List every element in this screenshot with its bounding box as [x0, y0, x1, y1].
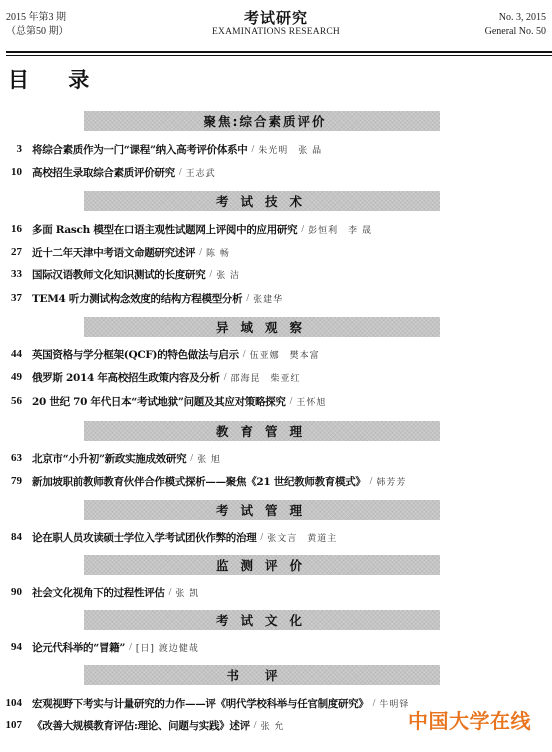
toc-entry[interactable]: 63 北京市“小升初”新政实施成效研究 / 张 旭 — [0, 450, 221, 466]
section-banner: 考试管理 — [84, 500, 440, 520]
separator: / — [199, 247, 202, 258]
section-banner: 监测评价 — [84, 555, 440, 575]
article-authors: 韩芳芳 — [376, 475, 406, 488]
article-title[interactable]: 宏观视野下考实与计量研究的力作——评《明代学校科举与任官制度研究》 — [32, 696, 369, 711]
toc-entry[interactable]: 104 宏观视野下考实与计量研究的力作——评《明代学校科举与任官制度研究》 / … — [0, 695, 409, 711]
section-banner: 书评 — [84, 665, 440, 685]
toc-entry[interactable]: 79 新加坡职前教师教育伙伴合作模式探析——聚焦《21 世纪教师教育模式》 / … — [0, 473, 406, 489]
article-authors: 张 凯 — [175, 586, 199, 599]
article-authors: 张建华 — [253, 292, 283, 305]
section-label: 书评 — [220, 666, 303, 684]
toc-entry[interactable]: 84 论在职人员攻读硕士学位入学考试团伙作弊的治理 / 张文言 黄道主 — [0, 529, 337, 545]
header-rule-thin — [6, 55, 552, 56]
toc-entry[interactable]: 37 TEM4 听力测试构念效度的结构方程模型分析 / 张建华 — [0, 290, 283, 306]
article-authors: 朱光明 张 晶 — [258, 143, 322, 156]
article-title[interactable]: 高校招生录取综合素质评价研究 — [32, 165, 175, 180]
article-title[interactable]: 社会文化视角下的过程性评估 — [32, 585, 165, 600]
article-authors: 彭恒利 李 晟 — [308, 223, 372, 236]
page-number: 94 — [0, 641, 22, 653]
page-number: 107 — [0, 719, 22, 731]
page-number: 37 — [0, 292, 22, 304]
article-title[interactable]: 近十二年天津中考语文命题研究述评 — [32, 245, 195, 260]
article-authors: 张 洁 — [216, 268, 240, 281]
page-number: 49 — [0, 371, 22, 383]
separator: / — [224, 372, 227, 383]
journal-subtitle: EXAMINATIONS RESEARCH — [0, 27, 552, 37]
section-label: 考试管理 — [210, 501, 314, 519]
toc-entry[interactable]: 107 《改善大规模教育评估:理论、问题与实践》述评 / 张 允 — [0, 717, 284, 733]
separator: / — [373, 698, 376, 709]
article-authors: 张文言 黄道主 — [267, 531, 337, 544]
page-number: 10 — [0, 166, 22, 178]
separator: / — [209, 269, 212, 280]
article-title[interactable]: 国际汉语教师文化知识测试的长度研究 — [32, 267, 205, 282]
article-title[interactable]: TEM4 听力测试构念效度的结构方程模型分析 — [32, 291, 242, 306]
separator: / — [243, 349, 246, 360]
page-number: 3 — [0, 143, 22, 155]
toc-entry[interactable]: 90 社会文化视角下的过程性评估 / 张 凯 — [0, 584, 199, 600]
section-label: 聚焦:综合素质评价 — [198, 112, 327, 130]
separator: / — [370, 476, 373, 487]
section-banner: 考试文化 — [84, 610, 440, 630]
article-title[interactable]: 将综合素质作为一门“课程”纳入高考评价体系中 — [32, 142, 247, 157]
page-number: 90 — [0, 586, 22, 598]
section-banner: 教育管理 — [84, 421, 440, 441]
article-title[interactable]: 俄罗斯 2014 年高校招生政策内容及分析 — [32, 370, 220, 385]
page-number: 56 — [0, 395, 22, 407]
article-authors: 伍亚娜 樊本富 — [250, 348, 320, 361]
separator: / — [129, 642, 132, 653]
article-title[interactable]: 英国资格与学分框架(QCF)的特色做法与启示 — [32, 347, 239, 362]
separator: / — [260, 532, 263, 543]
article-title[interactable]: 论元代科举的“冒籍” — [32, 640, 125, 655]
header-rule-thick — [6, 51, 552, 53]
section-label: 教育管理 — [210, 422, 314, 440]
article-authors: 牛明铎 — [379, 697, 409, 710]
page-number: 16 — [0, 223, 22, 235]
article-authors: 张 旭 — [197, 452, 221, 465]
section-banner: 考试技术 — [84, 191, 440, 211]
section-banner: 异域观察 — [84, 317, 440, 337]
section-label: 考试文化 — [210, 611, 314, 629]
page-number: 33 — [0, 268, 22, 280]
separator: / — [251, 144, 254, 155]
separator: / — [254, 720, 257, 731]
page-number: 104 — [0, 697, 22, 709]
article-authors: 陈 畅 — [206, 246, 230, 259]
article-title[interactable]: 北京市“小升初”新政实施成效研究 — [32, 451, 186, 466]
toc-entry[interactable]: 16 多面 Rasch 模型在口语主观性试题网上评阅中的应用研究 / 彭恒利 李… — [0, 221, 372, 237]
article-title[interactable]: 论在职人员攻读硕士学位入学考试团伙作弊的治理 — [32, 530, 256, 545]
watermark-logo: 中国大学在线 — [408, 705, 531, 734]
page-number: 44 — [0, 348, 22, 360]
separator: / — [290, 396, 293, 407]
article-authors: [日] 渡边健哉 — [136, 641, 199, 654]
article-authors: 王怀旭 — [296, 395, 326, 408]
toc-entry[interactable]: 27 近十二年天津中考语文命题研究述评 / 陈 畅 — [0, 244, 230, 260]
page-number: 27 — [0, 246, 22, 258]
toc-entry[interactable]: 10 高校招生录取综合素质评价研究 / 王志武 — [0, 164, 216, 180]
article-title[interactable]: 多面 Rasch 模型在口语主观性试题网上评阅中的应用研究 — [32, 222, 297, 237]
article-authors: 邵海昆 柴亚红 — [231, 371, 301, 384]
section-label: 异域观察 — [210, 318, 314, 336]
section-label: 监测评价 — [210, 556, 314, 574]
section-label: 考试技术 — [210, 192, 314, 210]
page-number: 63 — [0, 452, 22, 464]
article-authors: 王志武 — [186, 166, 216, 179]
separator: / — [301, 224, 304, 235]
separator: / — [190, 453, 193, 464]
section-banner: 聚焦:综合素质评价 — [84, 111, 440, 131]
toc-entry[interactable]: 56 20 世纪 70 年代日本“考试地狱”问题及其应对策略探究 / 王怀旭 — [0, 393, 326, 409]
separator: / — [179, 167, 182, 178]
toc-heading: 目 录 — [8, 64, 105, 94]
separator: / — [169, 587, 172, 598]
toc-entry[interactable]: 49 俄罗斯 2014 年高校招生政策内容及分析 / 邵海昆 柴亚红 — [0, 369, 301, 385]
article-authors: 张 允 — [261, 719, 285, 732]
article-title[interactable]: 新加坡职前教师教育伙伴合作模式探析——聚焦《21 世纪教师教育模式》 — [32, 474, 366, 489]
toc-entry[interactable]: 94 论元代科举的“冒籍” / [日] 渡边健哉 — [0, 639, 199, 655]
toc-entry[interactable]: 33 国际汉语教师文化知识测试的长度研究 / 张 洁 — [0, 266, 240, 282]
issue-number-en: No. 3, 2015 — [499, 12, 546, 24]
general-number-en: General No. 50 — [485, 26, 546, 38]
article-title[interactable]: 20 世纪 70 年代日本“考试地狱”问题及其应对策略探究 — [32, 394, 286, 409]
journal-title: 考试研究 — [0, 7, 552, 28]
toc-entry[interactable]: 44 英国资格与学分框架(QCF)的特色做法与启示 / 伍亚娜 樊本富 — [0, 346, 320, 362]
page-number: 84 — [0, 531, 22, 543]
separator: / — [246, 293, 249, 304]
toc-entry[interactable]: 3 将综合素质作为一门“课程”纳入高考评价体系中 / 朱光明 张 晶 — [0, 141, 322, 157]
page-number: 79 — [0, 475, 22, 487]
article-title[interactable]: 《改善大规模教育评估:理论、问题与实践》述评 — [32, 718, 250, 733]
